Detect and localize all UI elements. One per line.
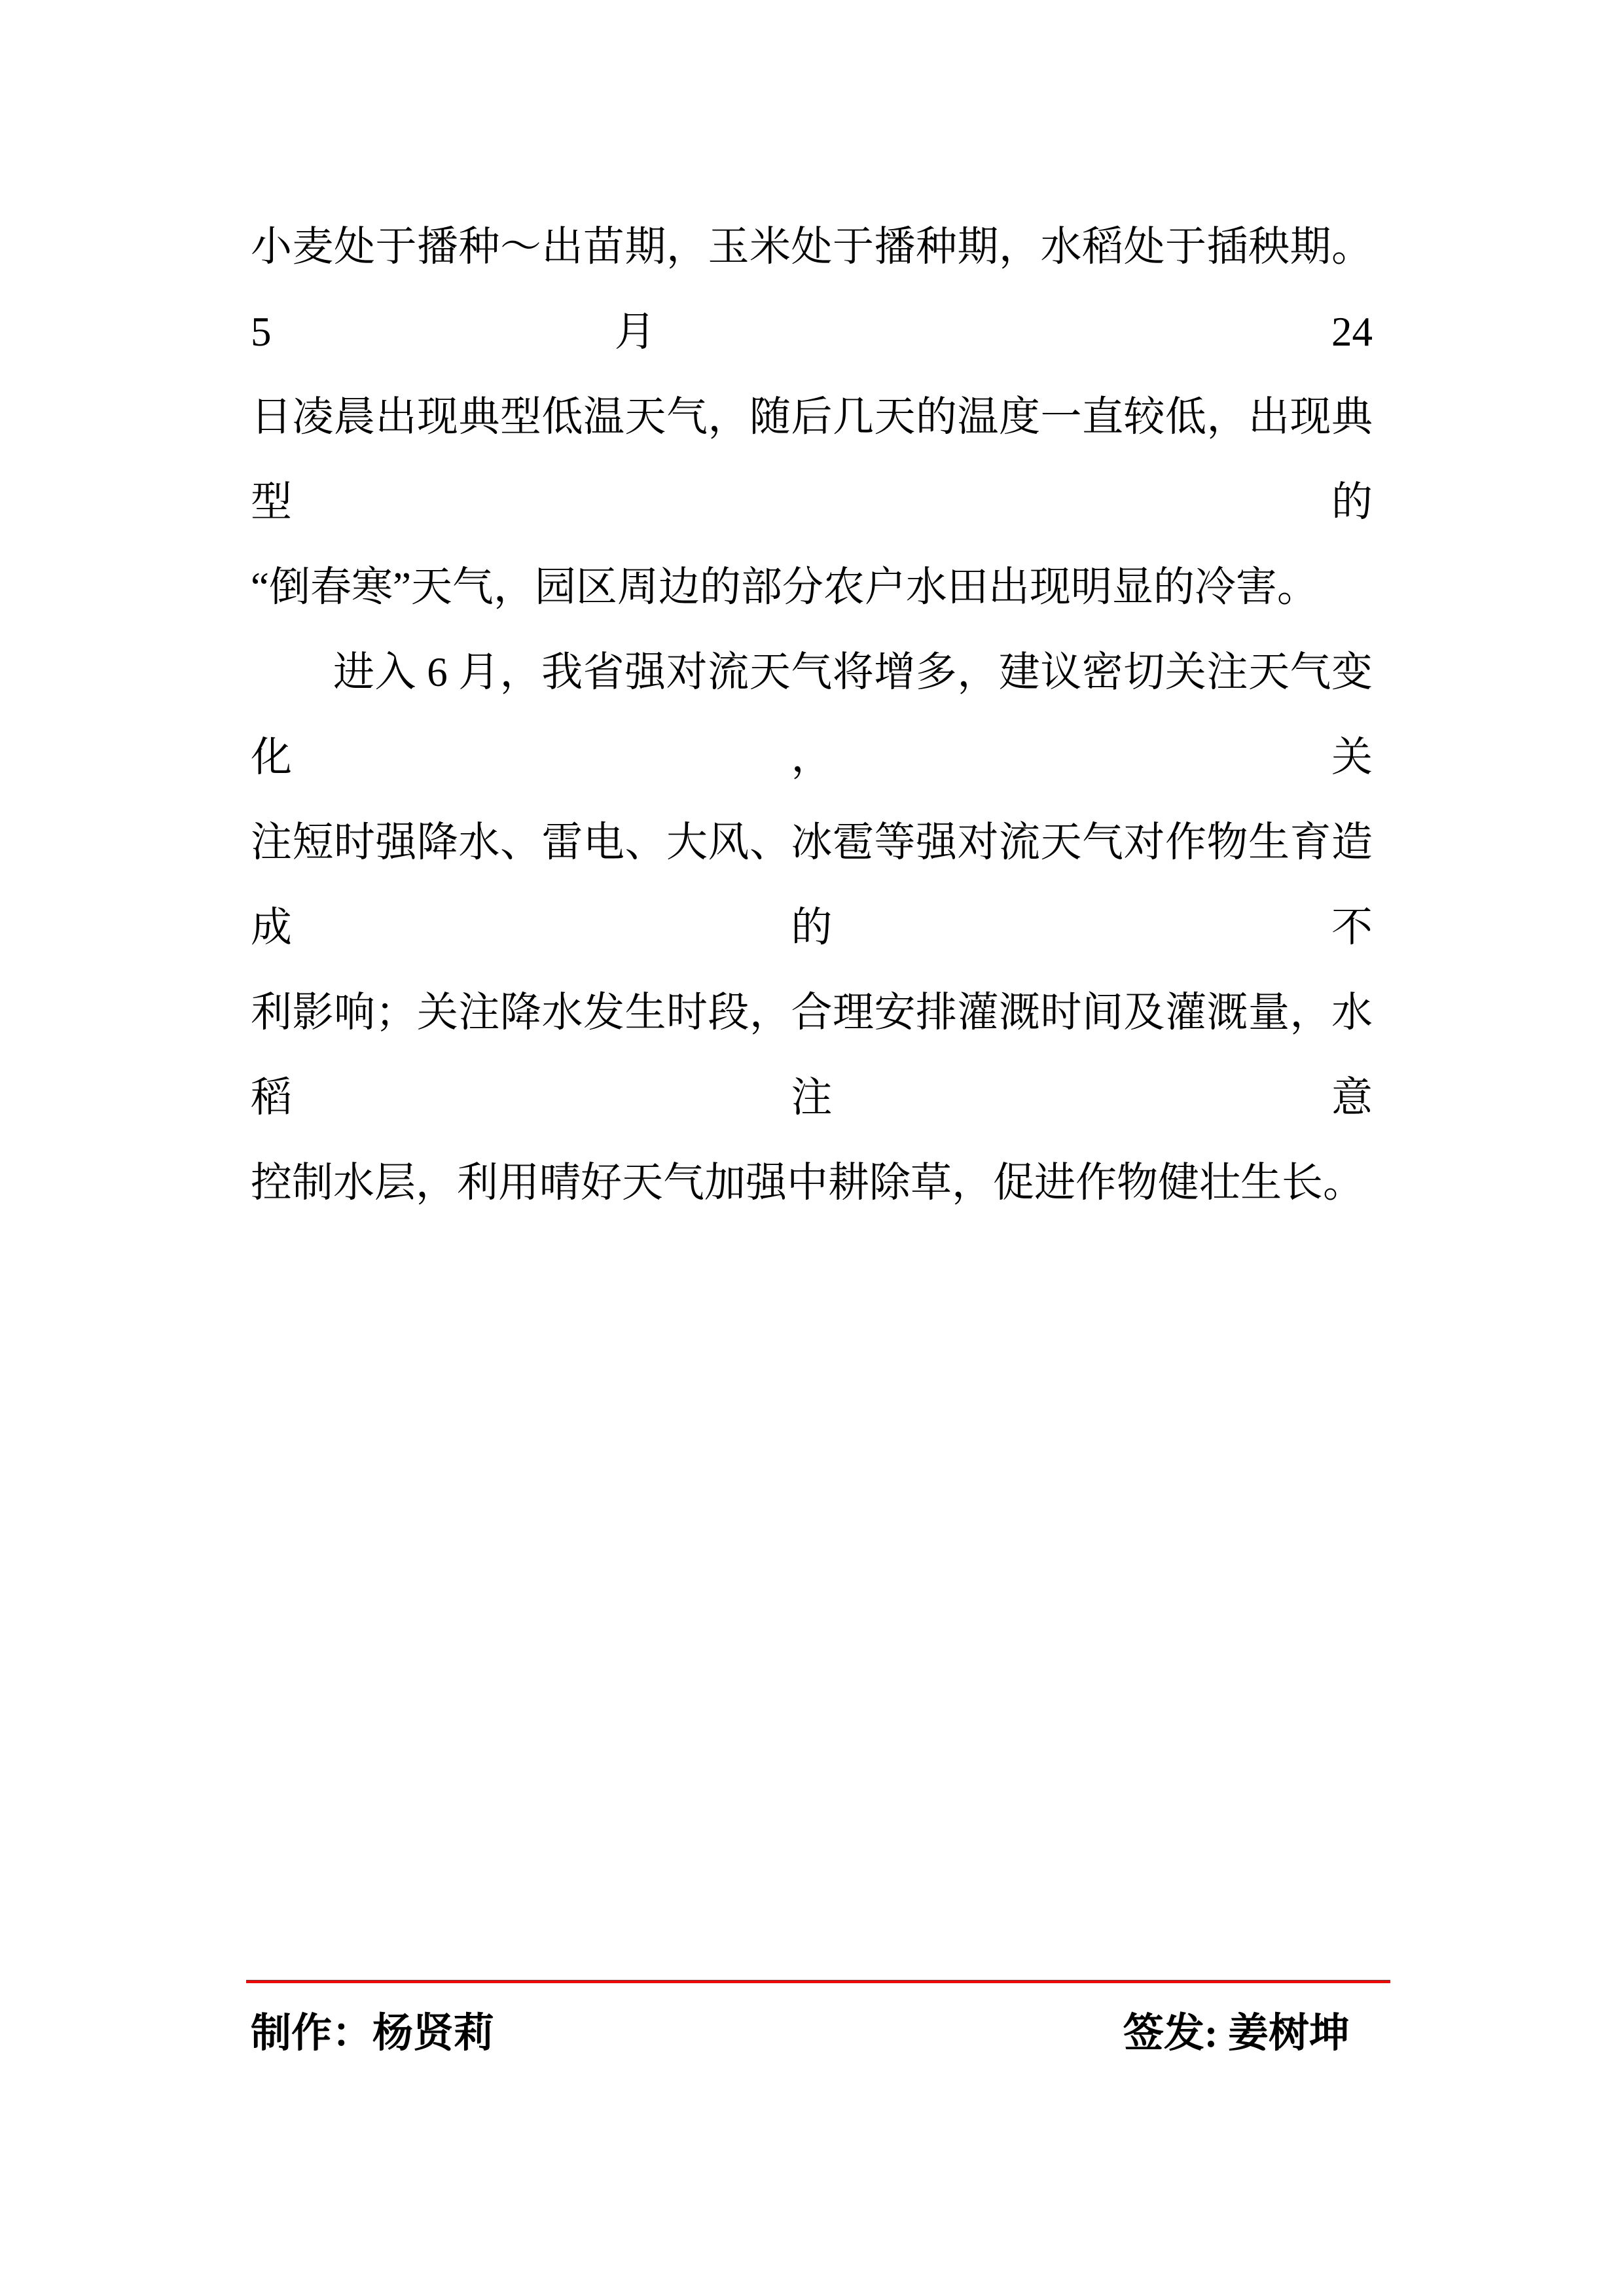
paragraph-2-line-4: 控制水层，利用晴好天气加强中耕除草，促进作物健壮生长。: [251, 1140, 1373, 1225]
issuer-credit: 签发: 姜树坤: [1123, 2011, 1350, 2056]
paragraph-2-line-2: 注短时强降水、雷电、大风、冰雹等强对流天气对作物生育造成的不: [251, 800, 1373, 970]
paragraph-2: 进入 6 月，我省强对流天气将增多，建议密切关注天气变化，关 注短时强降水、雷电…: [251, 630, 1373, 1225]
paragraph-1-line-1: 小麦处于播种～出苗期，玉米处于播种期，水稻处于插秧期。5 月 24: [251, 204, 1373, 374]
producer-credit: 制作：杨贤莉: [251, 2011, 494, 2056]
paragraph-1-line-2: 日凌晨出现典型低温天气，随后几天的温度一直较低，出现典型的: [251, 374, 1373, 545]
body-text: 小麦处于播种～出苗期，玉米处于播种期，水稻处于插秧期。5 月 24 日凌晨出现典…: [251, 204, 1373, 1225]
paragraph-1-line-3: “倒春寒”天气，园区周边的部分农户水田出现明显的冷害。: [251, 545, 1373, 630]
paragraph-1: 小麦处于播种～出苗期，玉米处于播种期，水稻处于插秧期。5 月 24 日凌晨出现典…: [251, 204, 1373, 630]
document-page: 小麦处于播种～出苗期，玉米处于播种期，水稻处于插秧期。5 月 24 日凌晨出现典…: [0, 0, 1624, 2296]
footer-divider-line: [246, 1980, 1390, 1983]
paragraph-2-line-3: 利影响；关注降水发生时段，合理安排灌溉时间及灌溉量，水稻注意: [251, 970, 1373, 1140]
paragraph-2-line-1: 进入 6 月，我省强对流天气将增多，建议密切关注天气变化，关: [251, 630, 1373, 800]
footer: 制作：杨贤莉 签发: 姜树坤: [251, 2011, 1373, 2056]
